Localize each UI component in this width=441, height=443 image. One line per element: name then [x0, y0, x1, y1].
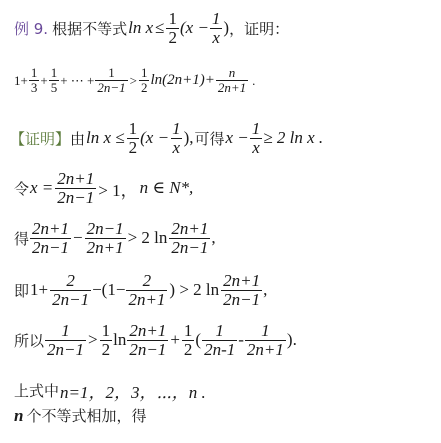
proof-line2-var: x = [30, 178, 53, 198]
claim-end: . [252, 73, 255, 89]
example-prompt-prefix: 根据不等式 [52, 18, 127, 39]
given-inner-fraction: 1x [210, 10, 223, 47]
example-label: 例 9. [14, 18, 48, 39]
proof-line5-plus: + [170, 330, 180, 350]
example-statement: 例 9. 根据不等式 ln x ≤ 12 (x − 1x ) ，证明： [14, 10, 289, 47]
proof-line2-frac: 2n+12n−1 [55, 170, 96, 207]
proof-line1-rhs-pre: x − [226, 128, 249, 148]
claim-plus: + [40, 73, 47, 89]
proof-line5-f4: 12 [182, 322, 195, 359]
claim-term-1-3: 13 [29, 66, 40, 96]
given-open: (x − [180, 18, 209, 38]
proof-line4-end: , [263, 280, 267, 300]
proof-line4-b: −(1− [92, 280, 125, 300]
proof-line1-lhs: ln x ≤ [86, 128, 125, 148]
proof-line5-pre: 所以 [14, 330, 44, 351]
proof-line-1: 【证明】 由 ln x ≤ 12 (x − 1x ), 可得 x − 1x ≥ … [14, 120, 323, 157]
proof-line5-f3: 2n+12n−1 [127, 322, 168, 359]
proof-line4-c: ) > 2 ln [169, 280, 219, 300]
proof-line3-end: , [211, 228, 215, 248]
proof-line7-text: 个不等式相加，得 [26, 405, 146, 426]
proof-line5-f5: 12n-1 [202, 322, 237, 359]
proof-line-3: 得 2n+12n−1 − 2n−12n+1 > 2 ln 2n+12n−1 , [14, 220, 216, 257]
proof-line4-f1: 22n−1 [50, 272, 91, 309]
proof-line1-close: ), [184, 128, 194, 148]
claim-last-term: n2n+1 [216, 66, 248, 96]
proof-line1-rhs-post: ≥ 2 ln x . [263, 128, 323, 148]
proof-line2-cond: n ∈ N*, [140, 178, 194, 198]
proof-line4-pre: 即 [14, 280, 29, 301]
proof-line1-mid: 可得 [195, 128, 225, 149]
proof-line5-open: ( [195, 330, 201, 350]
given-op: ≤ [155, 18, 164, 38]
proof-line3-f2: 2n−12n+1 [85, 220, 126, 257]
proof-line5-gt: > [88, 330, 98, 350]
claim-inequality: 1+ 13 + 15 + ⋯ + 12n−1 > 12 ln(2n+1)+ n2… [14, 66, 255, 96]
proof-line2-pre: 令 [14, 178, 29, 199]
proof-line4-f2: 22n+1 [126, 272, 167, 309]
proof-line-5: 所以 12n−1 > 12 ln 2n+12n−1 + 12 ( 12n-1 -… [14, 322, 297, 359]
proof-line6-eq: n=1，2，3，⋯，n . [60, 378, 206, 403]
claim-term-general: 12n−1 [95, 66, 127, 96]
proof-line1-inner: 1x [170, 120, 183, 157]
proof-label: 【证明】 [10, 128, 70, 149]
proof-line-7: n 个不等式相加，得 [14, 405, 146, 426]
proof-line1-open: (x − [140, 128, 169, 148]
proof-line3-pre: 得 [14, 228, 29, 249]
proof-line1-pre: 由 [70, 128, 85, 149]
claim-ellipsis: + ⋯ + [60, 73, 94, 89]
proof-line5-close: ). [287, 330, 297, 350]
claim-ln-part: ln(2n+1)+ [150, 72, 214, 89]
proof-line5-ln: ln [113, 330, 126, 350]
proof-line3-f3: 2n+12n−1 [169, 220, 210, 257]
given-coef-fraction: 12 [166, 10, 179, 47]
given-lhs: ln x [128, 18, 153, 38]
proof-line1-coef: 12 [127, 120, 140, 157]
proof-line1-rhs-frac: 1x [250, 120, 263, 157]
proof-line-2: 令 x = 2n+12n−1 > 1， n ∈ N*, [14, 170, 194, 207]
proof-line5-f1: 12n−1 [45, 322, 86, 359]
claim-term-1-5: 15 [49, 66, 60, 96]
proof-line3-gt: > 2 ln [128, 228, 168, 248]
claim-half: 12 [139, 66, 150, 96]
proof-line6-pre: 上式中 [14, 380, 59, 401]
proof-line3-minus: − [73, 228, 83, 248]
claim-gt: > [130, 73, 137, 89]
proof-line-6: 上式中 n=1，2，3，⋯，n . [14, 378, 207, 403]
proof-line-4: 即 1+ 22n−1 −(1− 22n+1 ) > 2 ln 2n+12n−1 … [14, 272, 267, 309]
proof-line5-minus: - [238, 330, 244, 350]
proof-line3-f1: 2n+12n−1 [30, 220, 71, 257]
proof-line5-f6: 12n+1 [245, 322, 286, 359]
example-prompt-suffix: ，证明： [229, 18, 289, 39]
claim-start: 1+ [14, 73, 28, 89]
proof-line5-f2: 12 [100, 322, 113, 359]
proof-line7-var: n [14, 406, 23, 426]
proof-line4-a: 1+ [30, 280, 48, 300]
proof-line2-post: > 1， [98, 176, 137, 201]
proof-line4-f3: 2n+12n−1 [221, 272, 262, 309]
